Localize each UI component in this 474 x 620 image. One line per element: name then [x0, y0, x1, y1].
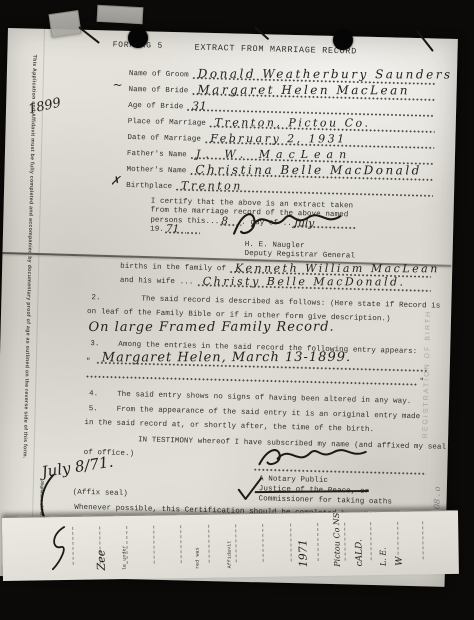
field-value: J. W. MacLean: [196, 148, 352, 162]
column-rule: [262, 524, 264, 562]
column-rule: [290, 523, 292, 561]
field-label: Name of Bride: [128, 86, 191, 96]
item-number: 3.: [90, 340, 99, 348]
fragment-flourish: [46, 523, 73, 573]
officer-name: H. E. Naugler: [245, 241, 305, 250]
field-value: Christina Belle MacDonald: [195, 163, 421, 178]
registrar-signature: [228, 203, 347, 244]
fragment-handwriting: 1971: [296, 539, 309, 567]
handwritten-year: 71: [166, 223, 180, 235]
open-quote: ": [86, 358, 91, 366]
column-rule: [422, 521, 424, 559]
column-rule: [317, 523, 319, 561]
column-rule: [370, 522, 372, 560]
field-label: Place of Marriage: [128, 118, 209, 128]
certification-text: 19.: [150, 226, 164, 234]
notary-option: Commissioner for taking oaths: [258, 495, 392, 506]
wife-value: Christy Belle MacDonald.: [202, 275, 405, 289]
item4-text: The said entry shows no signs of having …: [117, 391, 412, 406]
column-rule: [344, 523, 346, 561]
registration-stamp: REGISTRATION OF BIRTH: [422, 310, 432, 439]
column-rule: [153, 526, 155, 564]
field-blank: Margaret Helen MacLean: [191, 85, 435, 101]
notary-signature: [255, 438, 371, 473]
field-label: Date of Marriage: [127, 134, 204, 144]
field-blank: 31: [186, 101, 435, 117]
item5-text: in the said record at, or shortly after,…: [84, 419, 374, 434]
field-label: Name of Groom: [129, 70, 192, 80]
check-mark: [236, 476, 263, 503]
fragment-text: red was: [194, 547, 200, 569]
item-number: 2.: [91, 294, 100, 302]
fragment-handwriting: cALD.: [354, 539, 364, 566]
tape-strip: [48, 10, 81, 38]
microfilm-frame: 348 This Application and Affidavit must …: [0, 0, 474, 620]
item-number: 4.: [89, 390, 98, 398]
document-page: This Application and Affidavit must be f…: [0, 28, 458, 587]
certification-year-line: 19. 71: [150, 225, 200, 235]
affix-seal-label: (Affix seal): [73, 489, 128, 498]
fragment-text: le under: [121, 545, 127, 570]
field-value: 31: [192, 100, 207, 113]
handwritten-day: 8: [221, 215, 228, 227]
punch-hole: [128, 28, 148, 48]
punch-hole: [333, 30, 353, 50]
item2-text: The said record is described as follows:…: [141, 295, 440, 310]
field-label: Mother's Name: [126, 166, 189, 176]
column-rule: [397, 522, 399, 560]
field-label: Father's Name: [127, 150, 190, 160]
wife-label: and his wife ...: [120, 277, 197, 287]
year-blank: 71: [164, 225, 186, 235]
field-label: Age of Bride: [128, 102, 186, 111]
fragment-handwriting: L. E.: [379, 547, 388, 566]
field-blank: Trenton: [175, 181, 433, 197]
x-pen-mark: ✗: [110, 174, 120, 188]
close-quote: ": [419, 378, 424, 386]
fragment-text: Affidavit: [226, 540, 232, 568]
field-value: February 2, 1931: [210, 132, 346, 145]
field-row-birthplace: ✗ Birthplace Trenton: [126, 178, 433, 197]
item5-text: From the appearance of the said entry it…: [117, 406, 421, 421]
fragment-handwriting: Pictou Co NS: [332, 513, 342, 567]
field-value: Trenton: [181, 179, 243, 192]
form-title: EXTRACT FROM MARRIAGE RECORD: [194, 43, 357, 57]
field-value: Donald Weatherbury Saunders: [198, 67, 453, 82]
births-label: births in the family of: [120, 263, 229, 274]
column-rule: [208, 525, 210, 563]
column-rule: [235, 524, 237, 562]
entry-dotted-line: [85, 370, 417, 386]
notary-option: A Notary Public: [259, 475, 328, 485]
column-rule: [180, 525, 182, 563]
wife-blank: Christy Belle MacDonald.: [196, 277, 431, 293]
fragment-handwriting: W: [395, 556, 405, 565]
births-value: Kenneth William MacLean: [235, 262, 440, 276]
fragment-handwriting: Zee: [95, 550, 108, 571]
tape-strip: [97, 5, 144, 24]
trailing-dots: [186, 225, 200, 234]
field-value: Margaret Helen MacLean: [197, 83, 410, 98]
item2-handwritten-answer: On large Framed Family Record.: [88, 320, 334, 335]
overlapping-page-fragment: Zee le under red was Affidavit 1971 Pict…: [2, 510, 459, 581]
field-value: Trenton, Pictou Co.: [215, 116, 371, 130]
wife-line: and his wife ... Christy Belle MacDonald…: [120, 273, 431, 293]
pen-mark: ~: [112, 78, 122, 92]
item-number: 5.: [89, 405, 98, 413]
field-label: Birthplace: [126, 182, 175, 191]
